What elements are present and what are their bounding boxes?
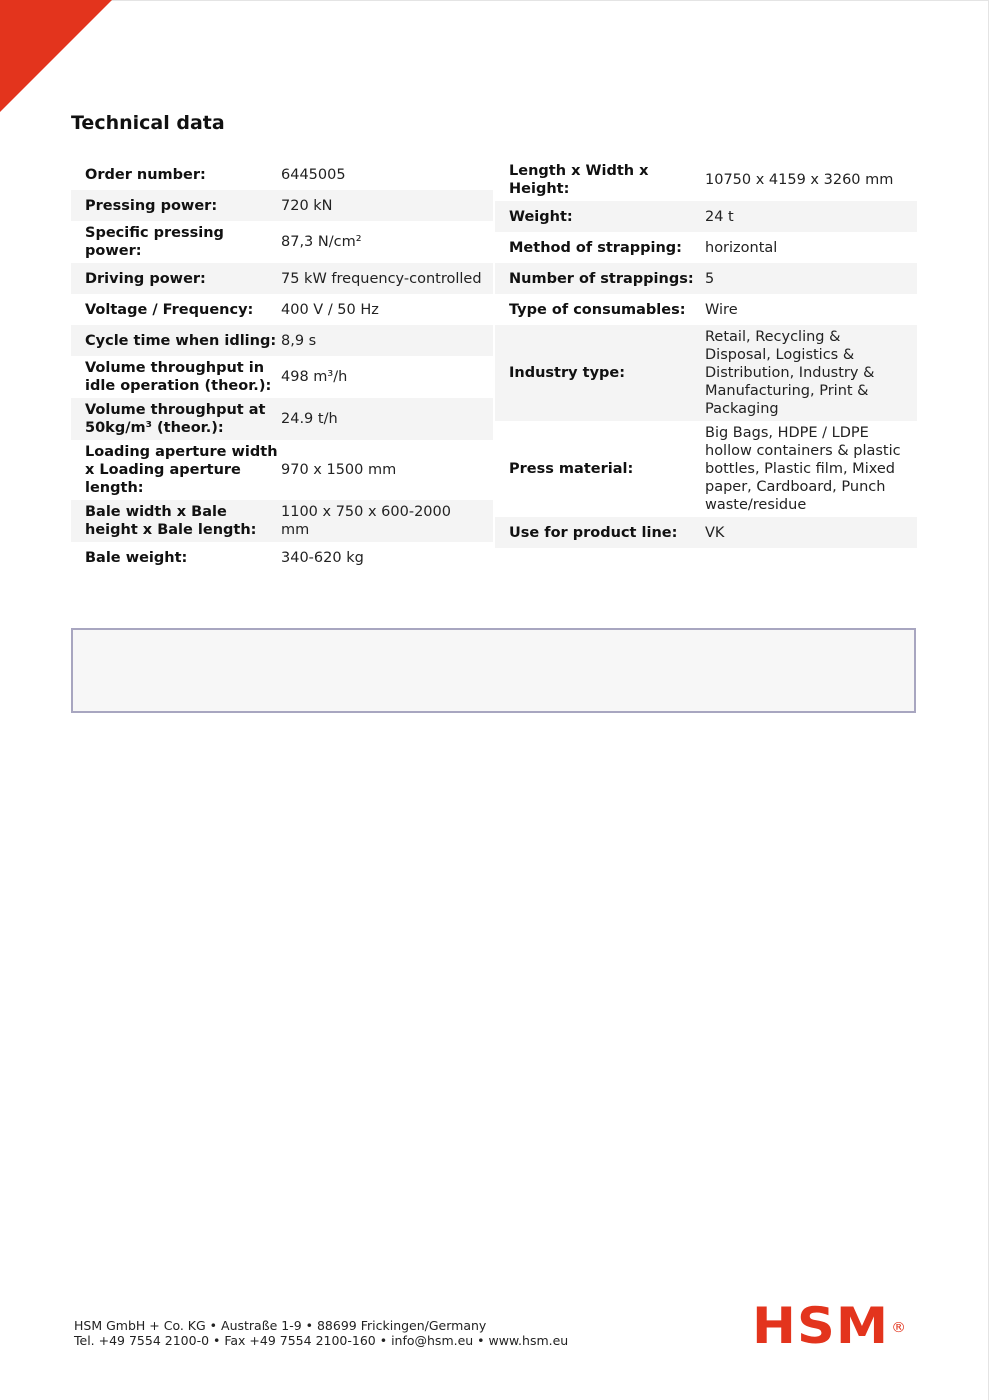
footer-line-contact: Tel. +49 7554 2100-0 • Fax +49 7554 2100…	[74, 1333, 568, 1348]
spec-label: Order number:	[71, 166, 281, 184]
spec-value: 5	[705, 270, 917, 288]
spec-row: Method of strapping:horizontal	[495, 232, 917, 263]
spec-value: 400 V / 50 Hz	[281, 301, 493, 319]
spec-label: Bale width x Bale height x Bale length:	[71, 503, 281, 539]
spec-label: Press material:	[495, 460, 705, 478]
spec-value: horizontal	[705, 239, 917, 257]
spec-label: Pressing power:	[71, 197, 281, 215]
spec-value: Retail, Recycling & Disposal, Logistics …	[705, 328, 917, 418]
spec-row: Specific pressing power:87,3 N/cm²	[71, 221, 493, 263]
spec-row: Pressing power:720 kN	[71, 190, 493, 221]
spec-row: Voltage / Frequency:400 V / 50 Hz	[71, 294, 493, 325]
spec-label: Number of strappings:	[495, 270, 705, 288]
spec-value: Wire	[705, 301, 917, 319]
spec-label: Voltage / Frequency:	[71, 301, 281, 319]
spec-row: Use for product line:VK	[495, 517, 917, 548]
registered-mark: ®	[891, 1320, 907, 1336]
spec-row: Cycle time when idling:8,9 s	[71, 325, 493, 356]
spec-value: 75 kW frequency-controlled	[281, 270, 493, 288]
spec-row: Order number:6445005	[71, 159, 493, 190]
spec-row: Bale weight:340-620 kg	[71, 542, 493, 573]
spec-value: 24.9 t/h	[281, 410, 493, 428]
spec-label: Specific pressing power:	[71, 224, 281, 260]
spec-label: Use for product line:	[495, 524, 705, 542]
spec-row: Driving power:75 kW frequency-controlled	[71, 263, 493, 294]
spec-row: Number of strappings:5	[495, 263, 917, 294]
spec-label: Volume throughput at 50kg/m³ (theor.):	[71, 401, 281, 437]
spec-value: 24 t	[705, 208, 917, 226]
spec-label: Volume throughput in idle operation (the…	[71, 359, 281, 395]
corner-accent	[0, 0, 112, 112]
spec-label: Driving power:	[71, 270, 281, 288]
notes-box	[71, 628, 916, 713]
spec-row: Industry type:Retail, Recycling & Dispos…	[495, 325, 917, 421]
spec-row: Type of consumables:Wire	[495, 294, 917, 325]
spec-value: 498 m³/h	[281, 368, 493, 386]
spec-label: Type of consumables:	[495, 301, 705, 319]
footer-address: HSM GmbH + Co. KG • Austraße 1-9 • 88699…	[74, 1318, 568, 1348]
specs-table-left: Order number:6445005Pressing power:720 k…	[71, 159, 493, 573]
spec-row: Volume throughput at 50kg/m³ (theor.):24…	[71, 398, 493, 440]
spec-value: 87,3 N/cm²	[281, 233, 493, 251]
spec-label: Method of strapping:	[495, 239, 705, 257]
spec-value: 970 x 1500 mm	[281, 461, 493, 479]
spec-row: Volume throughput in idle operation (the…	[71, 356, 493, 398]
spec-row: Weight:24 t	[495, 201, 917, 232]
spec-label: Industry type:	[495, 364, 705, 382]
spec-row: Length x Width x Height:10750 x 4159 x 3…	[495, 159, 917, 201]
spec-value: 8,9 s	[281, 332, 493, 350]
spec-label: Loading aperture width x Loading apertur…	[71, 443, 281, 497]
spec-value: VK	[705, 524, 917, 542]
spec-row: Bale width x Bale height x Bale length:1…	[71, 500, 493, 542]
spec-label: Length x Width x Height:	[495, 162, 705, 198]
spec-value: 10750 x 4159 x 3260 mm	[705, 171, 917, 189]
logo-text: HSM	[752, 1297, 889, 1355]
spec-value: 1100 x 750 x 600-2000 mm	[281, 503, 493, 539]
spec-label: Cycle time when idling:	[71, 332, 281, 350]
specs-table-right: Length x Width x Height:10750 x 4159 x 3…	[495, 159, 917, 548]
spec-value: 340-620 kg	[281, 549, 493, 567]
spec-row: Press material:Big Bags, HDPE / LDPE hol…	[495, 421, 917, 517]
page-title: Technical data	[71, 112, 225, 134]
spec-value: 720 kN	[281, 197, 493, 215]
hsm-logo: HSM®	[752, 1298, 907, 1354]
spec-label: Bale weight:	[71, 549, 281, 567]
spec-row: Loading aperture width x Loading apertur…	[71, 440, 493, 500]
spec-value: 6445005	[281, 166, 493, 184]
spec-label: Weight:	[495, 208, 705, 226]
footer-line-company: HSM GmbH + Co. KG • Austraße 1-9 • 88699…	[74, 1318, 568, 1333]
spec-value: Big Bags, HDPE / LDPE hollow containers …	[705, 424, 917, 514]
